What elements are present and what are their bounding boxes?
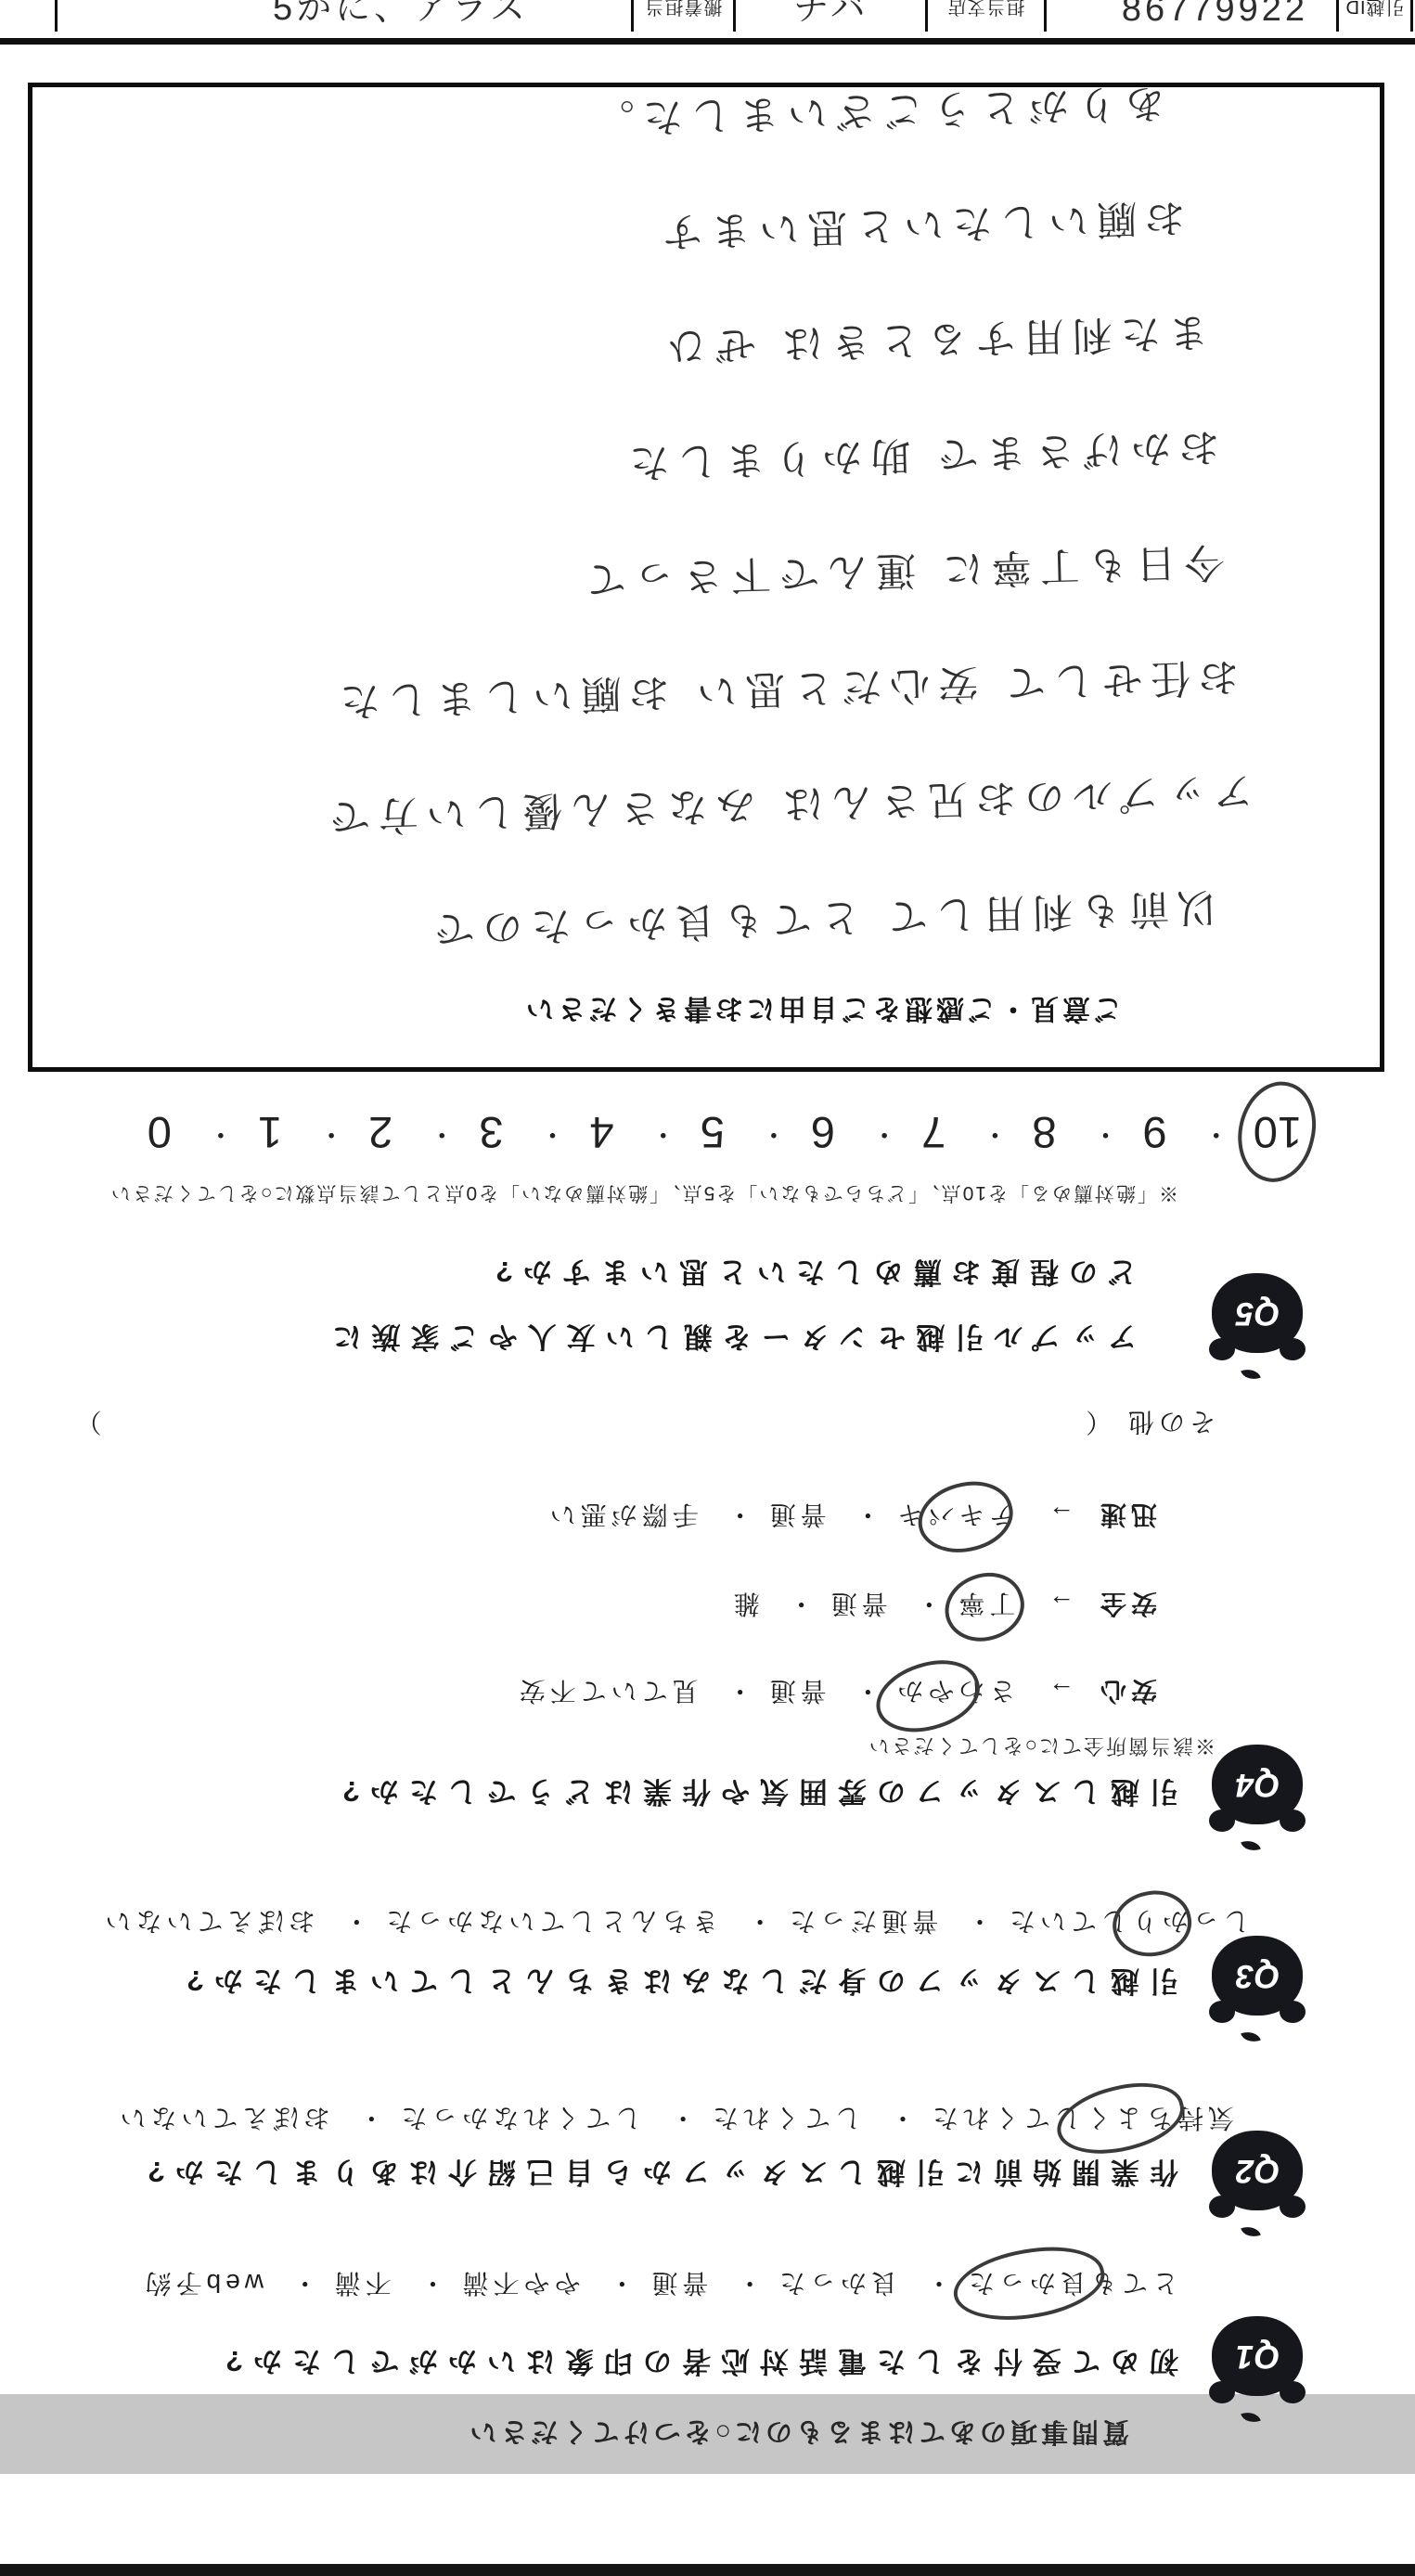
q2-option: してくれなかった bbox=[396, 2104, 641, 2132]
q3-badge: Q3 bbox=[1209, 1932, 1306, 2036]
option-separator: ・ bbox=[604, 2269, 635, 2298]
q4-option: さわやか bbox=[893, 1677, 1015, 1706]
instruction-bar-text: 質問事項のあてはまるものに○をつけてください bbox=[466, 2415, 1129, 2454]
q4-row-jinsoku: 迅速 → テキパキ ・ 普通・ 手際が悪い bbox=[546, 1498, 1157, 1535]
comment-box: ご意見・ご感想をご自由にお書きください 以前も利用して とても良かったので アッ… bbox=[28, 83, 1384, 1072]
option-separator: ・ bbox=[921, 2269, 952, 2298]
q1-option: web予約 bbox=[141, 2269, 264, 2298]
option-separator: ・ bbox=[416, 2269, 446, 2298]
mascot-head-icon: Q1 bbox=[1212, 2316, 1303, 2396]
q3-option: しっかりしていた bbox=[1005, 1907, 1250, 1936]
scale-separator: ・ bbox=[207, 1118, 235, 1149]
q1-option: やや不満 bbox=[458, 2269, 581, 2298]
scale-number: 0 bbox=[148, 1108, 172, 1157]
moving-id-handwritten: 86779922 bbox=[1122, 0, 1308, 30]
scale-number: 1 bbox=[258, 1108, 282, 1157]
branch-label-cell: 担当支店 bbox=[928, 0, 1047, 32]
sprout-icon bbox=[1241, 1836, 1261, 1854]
handwritten-comment: 以前も利用して とても良かったので アップルのお兄さんは みなさん優しい方で お… bbox=[301, 43, 1258, 989]
scale-separator: ・ bbox=[317, 1118, 345, 1149]
option-separator: ・ bbox=[665, 2104, 696, 2132]
table-right-border bbox=[55, 0, 58, 32]
instruction-bar: 質問事項のあてはまるものに○をつけてください bbox=[0, 2394, 1415, 2474]
scale-separator: ・ bbox=[1203, 1118, 1230, 1149]
scale-separator: ・ bbox=[981, 1118, 1009, 1149]
mascot-head-icon: Q2 bbox=[1212, 2131, 1303, 2210]
q1-option: 良かった bbox=[775, 2269, 897, 2298]
q2-option: してくれた bbox=[708, 2104, 861, 2132]
staff-handwritten: 5かに、アラス bbox=[273, 0, 529, 30]
sprout-icon bbox=[1241, 1365, 1261, 1383]
option-separator: ・ bbox=[288, 2269, 318, 2298]
q5-badge-label: Q5 bbox=[1235, 1294, 1280, 1332]
q4-other-row: その他 （ ） bbox=[71, 1405, 1216, 1442]
q3-badge-label: Q3 bbox=[1235, 1957, 1280, 1994]
q2-option: おぼえていない bbox=[116, 2104, 330, 2132]
q4-other-open-paren: （ bbox=[1081, 1408, 1112, 1436]
option-separator: ・ bbox=[723, 1677, 753, 1706]
survey-sheet-rotated-180: 質問事項のあてはまるものに○をつけてください Q1 初めて受付をした電話対応者の… bbox=[0, 0, 1415, 2576]
q4-title: 引越しスタッフの雰囲気や作業はどうでしたか? bbox=[332, 1773, 1178, 1815]
q2-option: 気持ちよくしてくれた bbox=[928, 2104, 1234, 2132]
scale-number: 8 bbox=[1032, 1108, 1056, 1157]
scan-edge-black-strip bbox=[0, 2564, 1415, 2576]
q1-options: とても良かった ・ 良かった・ 普通・ やや不満・ 不満・ web予約 bbox=[141, 2266, 1178, 2303]
q1-badge-label: Q1 bbox=[1235, 2338, 1280, 2375]
arrow-icon: → bbox=[1044, 1501, 1074, 1529]
scale-number: 10 bbox=[1254, 1108, 1302, 1157]
q5-rating-scale: 10 ・ 9・ 8・ 7・ 6・ 5・ 4・ 3・ 2・ 1・ 0 bbox=[148, 1107, 1302, 1158]
q1-option-selected: とても良かった bbox=[964, 2266, 1178, 2303]
branch-handwritten: チバ bbox=[793, 0, 869, 30]
q2-title: 作業開始前に引越しスタッフから自己紹介はありましたか? bbox=[137, 2154, 1178, 2196]
option-separator: ・ bbox=[850, 1501, 881, 1529]
q5-title-line2: どの程度お薦めしたいと思いますか? bbox=[485, 1254, 1137, 1295]
scale-number: 2 bbox=[368, 1108, 392, 1157]
q4-other-label: その他 bbox=[1124, 1408, 1216, 1436]
scale-separator: ・ bbox=[870, 1118, 898, 1149]
scale-separator: ・ bbox=[650, 1118, 677, 1149]
handwritten-line: お願いしたいと思います bbox=[304, 160, 1187, 299]
q2-options: 気持ちよくしてくれた ・ してくれた・ してくれなかった・ おぼえていない bbox=[116, 2101, 1234, 2138]
q2-option-selected: 気持ちよくしてくれた bbox=[928, 2101, 1234, 2138]
staff-label-cell: 搬着担当 bbox=[634, 0, 736, 32]
q4-row-label: 安全 bbox=[1096, 1590, 1157, 1618]
option-separator: ・ bbox=[339, 1907, 369, 1936]
scale-separator: ・ bbox=[1092, 1118, 1120, 1149]
moving-id-label: 引越ID bbox=[1345, 0, 1405, 22]
q4-option: 普通 bbox=[765, 1501, 827, 1529]
q5-badge: Q5 bbox=[1209, 1269, 1306, 1373]
mascot-head-icon: Q3 bbox=[1212, 1936, 1303, 2016]
q3-option: おぼえていない bbox=[101, 1907, 315, 1936]
q3-option-selected: しっかりしていた bbox=[1005, 1904, 1250, 1941]
q4-option: 普通 bbox=[827, 1590, 888, 1618]
comment-box-header: ご意見・ご感想をご自由にお書きください bbox=[522, 991, 1122, 1032]
scanned-survey-screenshot: 質問事項のあてはまるものに○をつけてください Q1 初めて受付をした電話対応者の… bbox=[0, 0, 1415, 2576]
arrow-icon: → bbox=[1044, 1590, 1074, 1618]
q1-option: 不満 bbox=[330, 2269, 392, 2298]
scale-number: 9 bbox=[1143, 1108, 1167, 1157]
q3-title: 引越しスタッフの身だしなみはきちんとしていましたか? bbox=[176, 1963, 1178, 2004]
q5-note: ※「絶対薦める」を10点、「どちらでもない」を5点、「絶対薦めない」を0点として… bbox=[109, 1180, 1178, 1208]
option-separator: ・ bbox=[723, 1501, 753, 1529]
scale-number: 3 bbox=[479, 1108, 503, 1157]
option-separator: ・ bbox=[885, 2104, 916, 2132]
q4-note: ※該当箇所全てに○をしてください bbox=[868, 1732, 1216, 1761]
staff-label: 搬着担当 bbox=[645, 0, 723, 22]
q4-option: 普通 bbox=[765, 1677, 827, 1706]
q4-option: 手際が悪い bbox=[546, 1501, 699, 1529]
scale-number: 4 bbox=[590, 1108, 614, 1157]
q5-title-line1: アップル引越センターを親しい友人やご家族に bbox=[323, 1319, 1137, 1360]
scale-number: 7 bbox=[921, 1108, 945, 1157]
q4-option: テキパキ bbox=[893, 1501, 1015, 1529]
moving-id-label-cell: 引越ID bbox=[1339, 0, 1413, 32]
q5-scale-selected: 10 bbox=[1254, 1107, 1302, 1158]
office-use-table: 引越ID 86779922 担当支店 チバ 搬着担当 5かに、アラス bbox=[0, 0, 1415, 45]
scale-separator: ・ bbox=[539, 1118, 567, 1149]
q4-option: 丁寧 bbox=[954, 1590, 1015, 1618]
q2-badge: Q2 bbox=[1209, 2127, 1306, 2231]
handwritten-line: ありがとうございました。 bbox=[301, 45, 1166, 184]
q4-option: 雑 bbox=[729, 1590, 760, 1618]
scale-separator: ・ bbox=[760, 1118, 788, 1149]
arrow-icon: → bbox=[1044, 1677, 1074, 1706]
q3-options: しっかりしていた ・ 普通だった・ きちんとしていなかった・ おぼえていない bbox=[101, 1904, 1250, 1941]
q4-badge: Q4 bbox=[1209, 1741, 1306, 1845]
q1-option: とても良かった bbox=[964, 2269, 1178, 2298]
moving-id-value-cell: 86779922 bbox=[1047, 0, 1339, 32]
branch-label: 担当支店 bbox=[947, 0, 1025, 22]
q1-title: 初めて受付をした電話対応者の印象はいかがでしたか? bbox=[215, 2343, 1178, 2385]
q4-other-close-paren: ） bbox=[71, 1408, 102, 1436]
option-separator: ・ bbox=[911, 1590, 942, 1618]
sprout-icon bbox=[1241, 2028, 1261, 2045]
q1-badge: Q1 bbox=[1209, 2312, 1306, 2416]
q1-option: 普通 bbox=[647, 2269, 708, 2298]
option-separator: ・ bbox=[732, 2269, 763, 2298]
option-separator: ・ bbox=[354, 2104, 384, 2132]
option-separator: ・ bbox=[784, 1590, 815, 1618]
scale-separator: ・ bbox=[428, 1118, 456, 1149]
q4-row-anzen: 安全 → 丁寧 ・ 普通・ 雑 bbox=[729, 1587, 1157, 1624]
scale-number: 6 bbox=[811, 1108, 835, 1157]
option-separator: ・ bbox=[962, 1907, 993, 1936]
q4-row-label: 安心 bbox=[1096, 1677, 1157, 1706]
q4-anzen-selected: 丁寧 bbox=[954, 1587, 1015, 1624]
q4-row-label: 迅速 bbox=[1096, 1501, 1157, 1529]
q4-row-anshin: 安心 → さわやか ・ 普通・ 見ていて不安 bbox=[515, 1674, 1157, 1711]
q3-option: きちんとしていなかった bbox=[381, 1907, 718, 1936]
q4-option: 見ていて不安 bbox=[515, 1677, 699, 1706]
branch-value-cell: チバ bbox=[736, 0, 928, 32]
q4-anshin-selected: さわやか bbox=[893, 1674, 1015, 1711]
option-separator: ・ bbox=[742, 1907, 773, 1936]
q4-badge-label: Q4 bbox=[1235, 1766, 1280, 1803]
q2-badge-label: Q2 bbox=[1235, 2152, 1280, 2189]
q3-option: 普通だった bbox=[785, 1907, 938, 1936]
mascot-head-icon: Q5 bbox=[1212, 1273, 1303, 1353]
option-separator: ・ bbox=[850, 1677, 881, 1706]
staff-value-cell: 5かに、アラス bbox=[58, 0, 634, 32]
sprout-icon bbox=[1241, 2222, 1261, 2240]
mascot-head-icon: Q4 bbox=[1212, 1745, 1303, 1824]
scale-number: 5 bbox=[701, 1108, 725, 1157]
q4-jinsoku-selected: テキパキ bbox=[893, 1498, 1015, 1535]
